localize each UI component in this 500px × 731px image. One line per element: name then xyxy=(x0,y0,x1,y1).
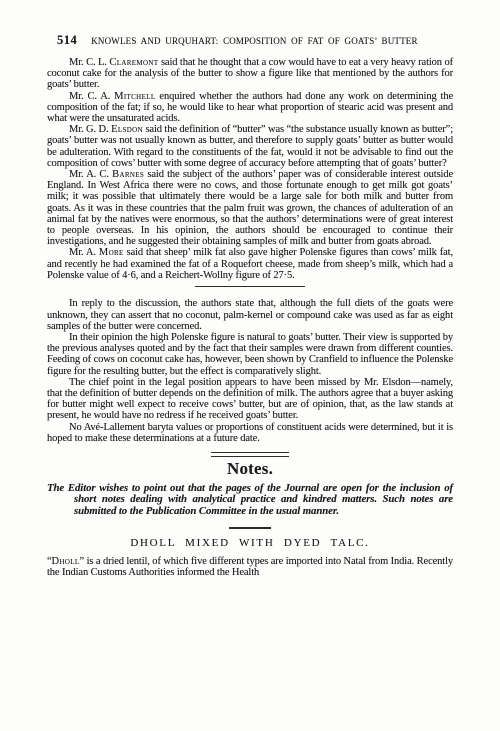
paragraph: “Dholl” is a dried lentil, of which five… xyxy=(47,556,453,578)
page-number: 514 xyxy=(57,33,77,48)
small-caps-name: More xyxy=(99,247,124,258)
paragraph: Mr. G. D. Elsdon said the definition of … xyxy=(47,124,453,169)
paragraph: In their opinion the high Polenske figur… xyxy=(47,332,453,377)
notes-section-heading: Notes. xyxy=(47,459,453,479)
page-content: Mr. C. L. Claremont said that he thought… xyxy=(47,57,453,578)
paragraph: Mr. C. A. Mitchell enquired whether the … xyxy=(47,91,453,125)
authors-reply-section: In reply to the discussion, the authors … xyxy=(47,298,453,444)
paragraph: Mr. A. C. Barnes said the subject of the… xyxy=(47,169,453,247)
small-caps-name: Elsdon xyxy=(111,124,143,135)
journal-page: 514 KNOWLES AND URQUHART: COMPOSITION OF… xyxy=(0,0,500,731)
short-divider-rule xyxy=(229,527,271,528)
paragraph: Mr. C. L. Claremont said that he thought… xyxy=(47,57,453,91)
paragraph: Mr. A. More said that sheep’ milk fat al… xyxy=(47,247,453,281)
double-divider-rule xyxy=(211,452,289,457)
small-caps-name: Claremont xyxy=(109,57,158,68)
note-title: DHOLL MIXED WITH DYED TALC. xyxy=(47,537,453,549)
divider-rule xyxy=(195,286,305,287)
editor-note: The Editor wishes to point out that the … xyxy=(47,483,453,518)
discussion-section: Mr. C. L. Claremont said that he thought… xyxy=(47,57,453,281)
paragraph: In reply to the discussion, the authors … xyxy=(47,298,453,332)
small-caps-name: Dholl xyxy=(52,556,80,567)
small-caps-name: Mitchell xyxy=(114,91,155,102)
note-body: “Dholl” is a dried lentil, of which five… xyxy=(47,556,453,578)
small-caps-name: Barnes xyxy=(112,169,144,180)
paragraph: The chief point in the legal position ap… xyxy=(47,377,453,422)
paragraph: No Avé-Lallement baryta values or propor… xyxy=(47,422,453,444)
running-header: 514 KNOWLES AND URQUHART: COMPOSITION OF… xyxy=(57,33,455,48)
running-title: KNOWLES AND URQUHART: COMPOSITION OF FAT… xyxy=(91,36,417,46)
